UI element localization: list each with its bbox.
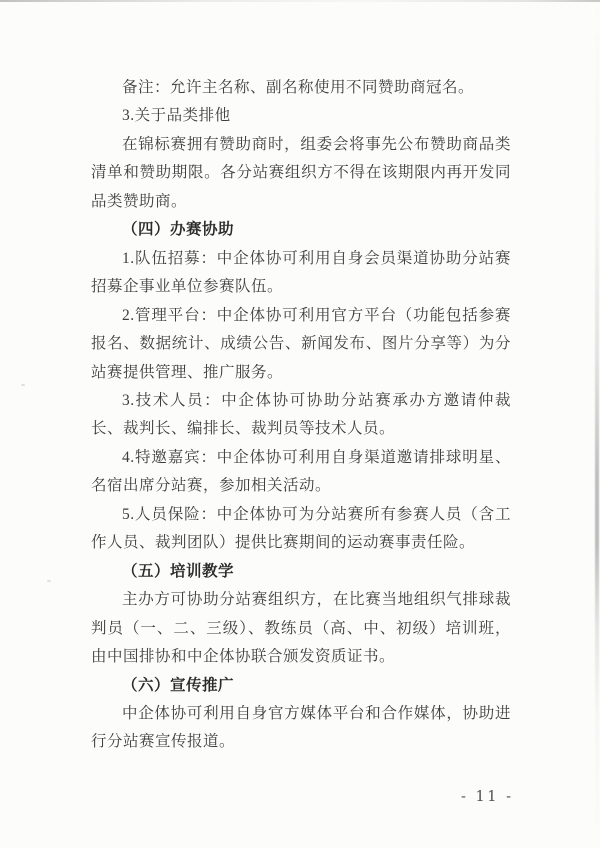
body-paragraph: 5.人员保险：中企体协可为分站赛所有参赛人员（含工作人员、裁判团队）提供比赛期间… [91, 501, 511, 558]
body-paragraph: 3.技术人员：中企体协可协助分站赛承办方邀请仲裁长、裁判长、编排长、裁判员等技术… [91, 387, 511, 444]
document-body: 备注：允许主名称、副名称使用不同赞助商冠名。3.关于品类排他在锦标赛拥有赞助商时… [91, 74, 511, 757]
body-paragraph: 备注：允许主名称、副名称使用不同赞助商冠名。 [91, 74, 511, 102]
body-paragraph: 在锦标赛拥有赞助商时，组委会将事先公布赞助商品类清单和赞助期限。各分站赛组织方不… [91, 131, 511, 216]
section-heading: （六）宣传推广 [91, 672, 511, 700]
page-number: - 11 - [461, 789, 513, 805]
body-paragraph: 2.管理平台：中企体协可利用官方平台（功能包括参赛报名、数据统计、成绩公告、新闻… [91, 302, 511, 387]
scan-speck [47, 580, 51, 582]
scan-artifact-top-edge [0, 0, 600, 2]
body-paragraph: 4.特邀嘉宾：中企体协可利用自身渠道邀请排球明星、名宿出席分站赛，参加相关活动。 [91, 444, 511, 501]
document-page: 备注：允许主名称、副名称使用不同赞助商冠名。3.关于品类排他在锦标赛拥有赞助商时… [0, 0, 600, 848]
body-paragraph: 主办方可协助分站赛组织方，在比赛当地组织气排球裁判员（一、二、三级）、教练员（高… [91, 586, 511, 671]
body-paragraph: 1.队伍招募：中企体协可利用自身会员渠道协助分站赛招募企事业单位参赛队伍。 [91, 245, 511, 302]
section-heading: （四）办赛协助 [91, 216, 511, 244]
body-paragraph: 3.关于品类排他 [91, 102, 511, 130]
body-paragraph: 中企体协可利用自身官方媒体平台和合作媒体，协助进行分站赛宣传报道。 [91, 700, 511, 757]
scan-speck [21, 384, 25, 386]
section-heading: （五）培训教学 [91, 558, 511, 586]
scan-artifact-right-edge [595, 0, 599, 848]
